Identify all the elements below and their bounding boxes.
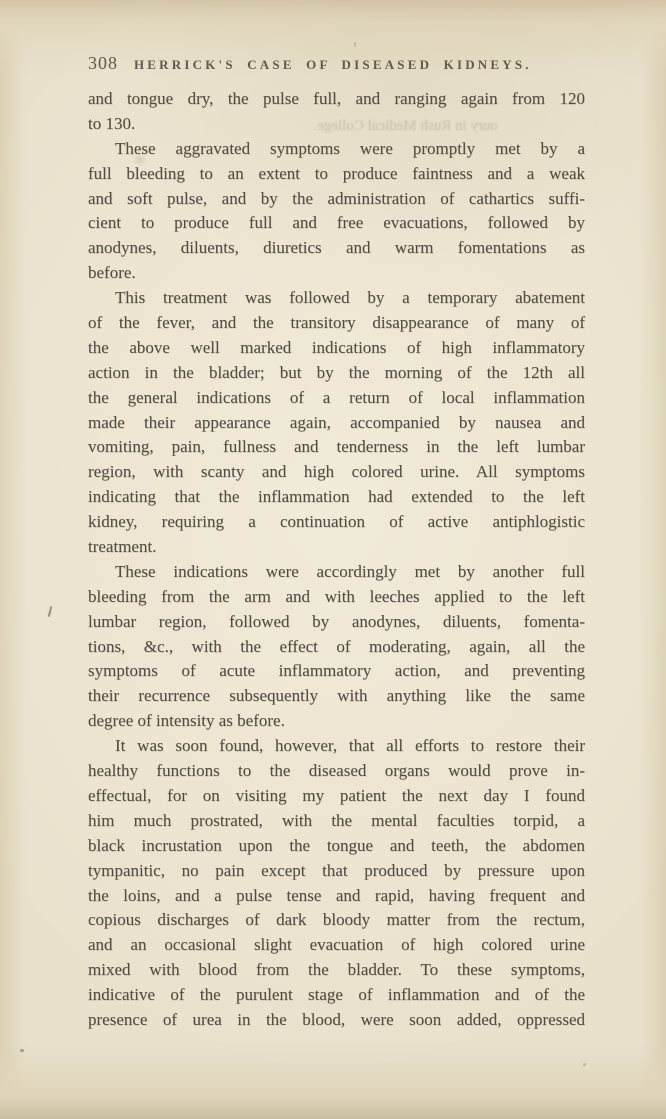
text-line: and tongue dry, the pulse full, and rang… xyxy=(88,87,585,112)
text-line: black incrustation upon the tongue and t… xyxy=(88,834,585,859)
text-line: vomiting, pain, fullness and tenderness … xyxy=(88,435,585,460)
text-line: the above well marked indications of hig… xyxy=(88,336,585,361)
page-number: 308 xyxy=(88,53,118,73)
text-line: mixed with blood from the bladder. To th… xyxy=(88,958,585,983)
text-line: action in the bladder; but by the mornin… xyxy=(88,361,585,386)
text-line: cient to produce full and free evacuatio… xyxy=(88,211,585,236)
margin-pen-mark xyxy=(48,606,53,617)
text-line: tions, &c., with the effect of moderatin… xyxy=(88,635,585,660)
text-line: region, with scanty and high colored uri… xyxy=(88,460,585,485)
paragraph: and tongue dry, the pulse full, and rang… xyxy=(88,87,585,137)
text-line: indicative of the purulent stage of infl… xyxy=(88,983,585,1008)
paragraph: These indications were accordingly met b… xyxy=(88,560,585,734)
text-line: full bleeding to an extent to produce fa… xyxy=(88,162,585,187)
text-line: This treatment was followed by a tempora… xyxy=(88,286,585,311)
text-line: presence of urea in the blood, were soon… xyxy=(88,1008,585,1033)
paragraph: It was soon found, however, that all eff… xyxy=(88,734,585,1033)
text-line: degree of intensity as before. xyxy=(88,709,585,734)
text-line: indicating that the inflammation had ext… xyxy=(88,485,585,510)
paper-speck xyxy=(354,42,356,47)
text-line: the loins, and a pulse tense and rapid, … xyxy=(88,884,585,909)
text-line: him much prostrated, with the mental fac… xyxy=(88,809,585,834)
text-line: treatment. xyxy=(88,535,585,560)
text-line: their recurrence subsequently with anyth… xyxy=(88,684,585,709)
text-line: tympanitic, no pain except that produced… xyxy=(88,859,585,884)
book-page: 308HERRICK'S CASE OF DISEASED KIDNEYS. o… xyxy=(0,0,666,1119)
paper-speck xyxy=(20,1049,24,1052)
running-title: HERRICK'S CASE OF DISEASED KIDNEYS. xyxy=(134,57,532,72)
text-line: the general indications of a return of l… xyxy=(88,386,585,411)
text-line: symptoms of acute inflammatory action, a… xyxy=(88,659,585,684)
text-line: anodynes, diluents, diuretics and warm f… xyxy=(88,236,585,261)
text-line: It was soon found, however, that all eff… xyxy=(88,734,585,759)
text-line: healthy functions to the diseased organs… xyxy=(88,759,585,784)
text-line: made their appearance again, accompanied… xyxy=(88,411,585,436)
page-header: 308HERRICK'S CASE OF DISEASED KIDNEYS. xyxy=(88,53,585,74)
text-line: bleeding from the arm and with leeches a… xyxy=(88,585,585,610)
text-line: These indications were accordingly met b… xyxy=(88,560,585,585)
paragraph: This treatment was followed by a tempora… xyxy=(88,286,585,560)
text-line: kidney, requiring a continuation of acti… xyxy=(88,510,585,535)
paper-speck xyxy=(583,1063,586,1066)
text-line: and an occasional slight evacuation of h… xyxy=(88,933,585,958)
text-line: lumbar region, followed by anodynes, dil… xyxy=(88,610,585,635)
text-line: to 130. xyxy=(88,112,585,137)
body-text: and tongue dry, the pulse full, and rang… xyxy=(88,87,585,1033)
text-line: effectual, for on visiting my patient th… xyxy=(88,784,585,809)
text-line: of the fever, and the transitory disappe… xyxy=(88,311,585,336)
paragraph: These aggravated symptoms were promptly … xyxy=(88,137,585,286)
text-line: and soft pulse, and by the administratio… xyxy=(88,187,585,212)
text-line: These aggravated symptoms were promptly … xyxy=(88,137,585,162)
text-line: before. xyxy=(88,261,585,286)
text-line: copious discharges of dark bloody matter… xyxy=(88,908,585,933)
